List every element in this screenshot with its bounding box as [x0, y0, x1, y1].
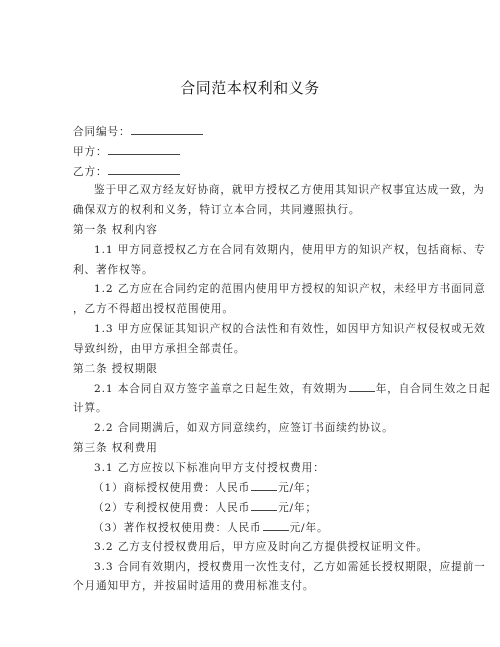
clause-2-1-line-1: 2.1 本合同自双方签字盖章之日起生效，有效期为年，自合同生效之日起 — [73, 379, 429, 399]
party-a-field: 甲方： — [73, 142, 429, 162]
fee-label: （3）著作权授权使用费：人民币 — [93, 522, 262, 534]
party-a-label: 甲方： — [73, 146, 107, 158]
fee-item-copyright: （3）著作权授权使用费：人民币元/年。 — [73, 518, 429, 538]
party-b-label: 乙方： — [73, 166, 107, 178]
document-page: 合同范本权利和义务 合同编号： 甲方： 乙方： 鉴于甲乙双方经友好协商，就甲方授… — [0, 0, 500, 647]
fee-amount-blank — [263, 518, 289, 531]
contract-number-blank — [131, 122, 203, 135]
preamble-line-1: 鉴于甲乙双方经友好协商，就甲方授权乙方使用其知识产权事宜达成一致，为 — [73, 181, 429, 201]
party-b-field: 乙方： — [73, 162, 429, 182]
fee-amount-blank — [251, 498, 277, 511]
clause-3-1: 3.1 乙方应按以下标准向甲方支付授权费用： — [73, 459, 429, 479]
clause-1-3-line-2: 导致纠纷，由甲方承担全部责任。 — [73, 340, 429, 360]
article-1-heading: 第一条 权利内容 — [73, 221, 429, 241]
clause-1-2-line-2: ，乙方不得超出授权范围使用。 — [73, 300, 429, 320]
document-title: 合同范本权利和义务 — [0, 77, 500, 98]
clause-3-3-line-2: 个月通知甲方，并按届时适用的费用标准支付。 — [73, 577, 429, 597]
clause-2-2: 2.2 合同期满后，如双方同意续约，应签订书面续约协议。 — [73, 419, 429, 439]
clause-3-2: 3.2 乙方支付授权费用后，甲方应及时向乙方提供授权证明文件。 — [73, 538, 429, 558]
contract-number-field: 合同编号： — [73, 122, 429, 142]
fee-amount-blank — [251, 478, 277, 491]
clause-1-1-line-2: 利、著作权等。 — [73, 261, 429, 281]
fee-unit: 元/年； — [278, 502, 317, 514]
fee-label: （2）专利授权使用费：人民币 — [93, 502, 250, 514]
clause-3-3-line-1: 3.3 合同有效期内，授权费用一次性支付，乙方如需延长授权期限，应提前一 — [73, 558, 429, 578]
article-2-heading: 第二条 授权期限 — [73, 360, 429, 380]
preamble-line-2: 确保双方的权利和义务，特订立本合同，共同遵照执行。 — [73, 201, 429, 221]
clause-1-1-line-1: 1.1 甲方同意授权乙方在合同有效期内，使用甲方的知识产权，包括商标、专 — [73, 241, 429, 261]
fee-item-patent: （2）专利授权使用费：人民币元/年； — [73, 498, 429, 518]
fee-label: （1）商标授权使用费：人民币 — [93, 482, 250, 494]
clause-1-3-line-1: 1.3 甲方应保证其知识产权的合法性和有效性，如因甲方知识产权侵权或无效 — [73, 320, 429, 340]
contract-number-label: 合同编号： — [73, 126, 130, 138]
party-a-blank — [108, 142, 180, 155]
document-body: 合同编号： 甲方： 乙方： 鉴于甲乙双方经友好协商，就甲方授权乙方使用其知识产权… — [73, 122, 429, 597]
fee-unit: 元/年。 — [290, 522, 329, 534]
term-years-blank — [349, 379, 375, 392]
clause-2-1-pre: 2.1 本合同自双方签字盖章之日起生效，有效期为 — [94, 383, 348, 395]
article-3-heading: 第三条 权利费用 — [73, 439, 429, 459]
clause-2-1-line-2: 计算。 — [73, 399, 429, 419]
party-b-blank — [108, 162, 180, 175]
clause-1-2-line-1: 1.2 乙方应在合同约定的范围内使用甲方授权的知识产权，未经甲方书面同意 — [73, 280, 429, 300]
clause-2-1-post: 年，自合同生效之日起 — [376, 383, 491, 395]
fee-unit: 元/年； — [278, 482, 317, 494]
fee-item-trademark: （1）商标授权使用费：人民币元/年； — [73, 478, 429, 498]
